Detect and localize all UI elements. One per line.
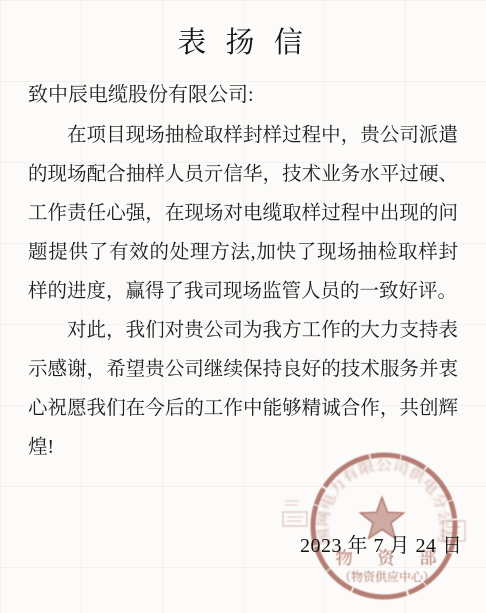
salutation: 致中辰电缆股份有限公司: — [28, 80, 458, 110]
letter-title: 表 扬 信 — [28, 20, 458, 66]
paragraph-1: 在项目现场抽检取样封样过程中，贵公司派遣的现场配合抽样人员亓信华，技术业务水平过… — [28, 116, 458, 311]
letter-body: 在项目现场抽检取样封样过程中，贵公司派遣的现场配合抽样人员亓信华，技术业务水平过… — [28, 116, 458, 467]
seal-center-text: （物资供应中心） — [339, 569, 435, 584]
seal-graphic: 国网电力有限公司供电分公司 物 资 部 （物资供应中心） — [260, 437, 480, 613]
date-line: 2023 年 7 月 24 日 — [300, 529, 463, 558]
company-seal: 国网电力有限公司供电分公司 物 资 部 （物资供应中心） — [260, 437, 480, 613]
